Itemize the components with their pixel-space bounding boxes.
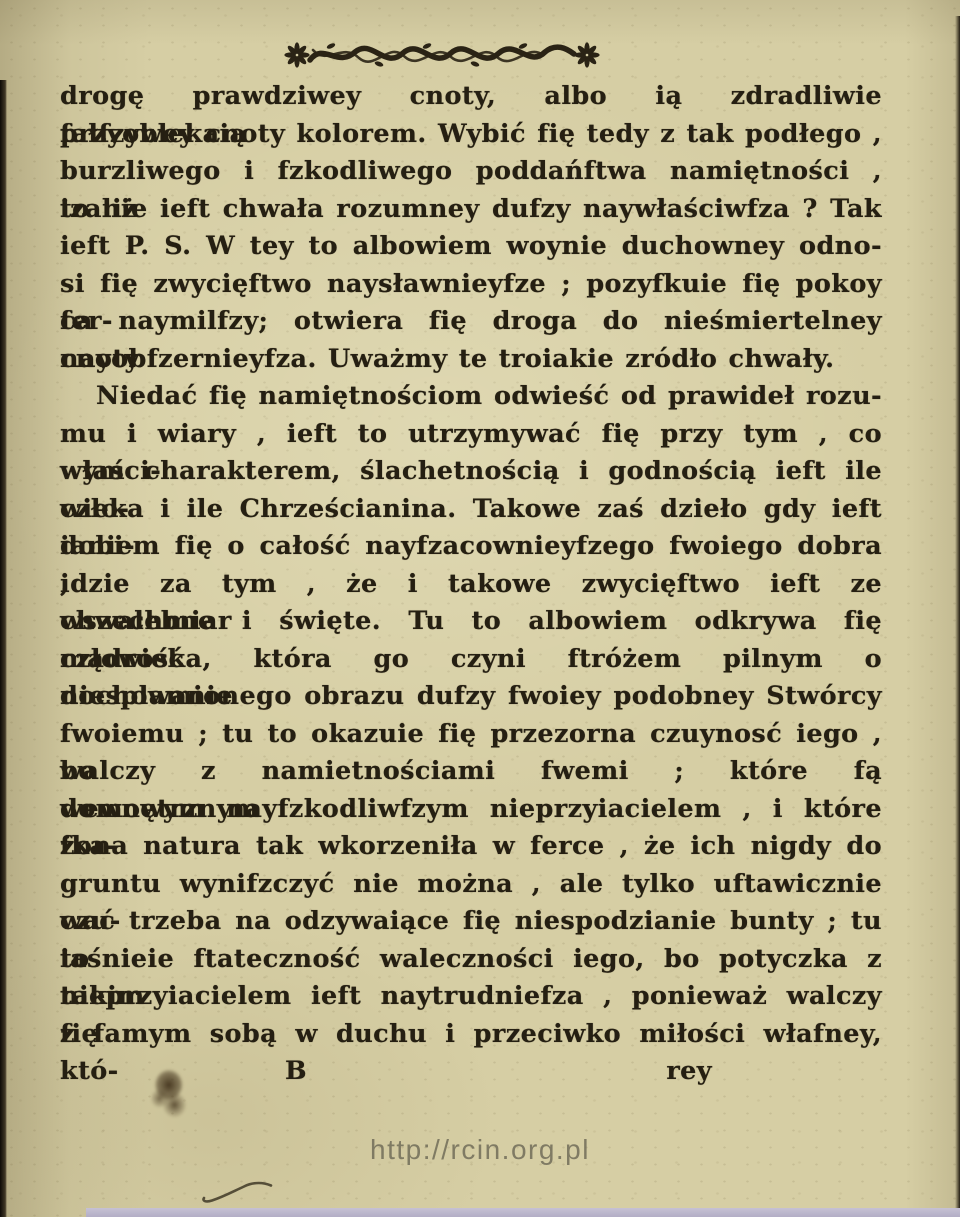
text-line: ianiem fię o całość nayfzacownieyfzego f… xyxy=(60,528,882,566)
scan-edge-left xyxy=(0,80,7,1217)
text-line: żona natura tak wkorzeniła w ferce , że … xyxy=(60,828,882,866)
page-scan: drogę prawdziwey cnoty, albo ią zdradliw… xyxy=(0,0,960,1217)
text-line: człowieka, która go czyni ftróżem pilnym… xyxy=(60,641,882,679)
catchword: rey xyxy=(666,1053,712,1091)
text-line: gruntu wynifzczyć nie można , ale tylko … xyxy=(60,866,882,904)
scan-edge-right xyxy=(955,16,960,1217)
text-line: fałfzywey cnoty kolorem. Wybić fię tedy … xyxy=(60,116,882,154)
text-line: to nie ieft chwała rozumney dufzy naywła… xyxy=(60,191,882,229)
body-text: drogę prawdziwey cnoty, albo ią zdradliw… xyxy=(60,78,882,1091)
text-line: si fię zwycięftwo naysławnieyfze ; pozyf… xyxy=(60,266,882,304)
text-line: burzliwego i fzkodliwego poddańftwa nami… xyxy=(60,153,882,191)
text-line: nieprzyiacielem ieft naytrudniefza , pon… xyxy=(60,978,882,1016)
watermark-url: http://rcin.org.pl xyxy=(0,1134,960,1166)
text-line: fwoiemu ; tu to okazuie fię przezorna cz… xyxy=(60,716,882,754)
text-line: ca naymilfzy; otwiera fię droga do nieśm… xyxy=(60,303,882,341)
text-line: niesplamionego obrazu dufzy fwoiey podob… xyxy=(60,678,882,716)
text-line: Niedać fię namiętnościom odwieść od praw… xyxy=(60,378,882,416)
text-line: z famym sobą w duchu i przeciwko miłości… xyxy=(60,1016,882,1054)
text-line: wieka i ile Chrześcianina. Takowe zaś dz… xyxy=(60,491,882,529)
text-line: mu i wiary , ieft to utrzymywać fię przy… xyxy=(60,416,882,454)
signature-mark: B xyxy=(285,1053,307,1091)
text-line: wym charakterem, ślachetnością i godnośc… xyxy=(60,453,882,491)
scan-bottom-strip xyxy=(86,1208,960,1217)
text-line: ieft P. S. W tey to albowiem woynie duch… xyxy=(60,228,882,266)
text-line: nayobfzernieyfza. Uważmy te troiakie zró… xyxy=(60,341,882,379)
text-line: walczy z namietnościami fwemi ; które fą… xyxy=(60,753,882,791)
text-line: iaśnieie ftateczność waleczności iego, b… xyxy=(60,941,882,979)
pen-squiggle xyxy=(200,1178,276,1206)
text-line: idzie za tym , że i takowe zwycięftwo ie… xyxy=(60,566,882,604)
text-line: drogę prawdziwey cnoty, albo ią zdradliw… xyxy=(60,78,882,116)
fleuron-ornament-icon xyxy=(283,39,601,71)
ink-blot xyxy=(149,1066,193,1120)
text-line: chwalebne i święte. Tu to albowiem odkry… xyxy=(60,603,882,641)
text-line: domowym nayfzkodliwfzym nieprzyiacielem … xyxy=(60,791,882,829)
text-line: wać trzeba na odzywaiące fię niespodzian… xyxy=(60,903,882,941)
